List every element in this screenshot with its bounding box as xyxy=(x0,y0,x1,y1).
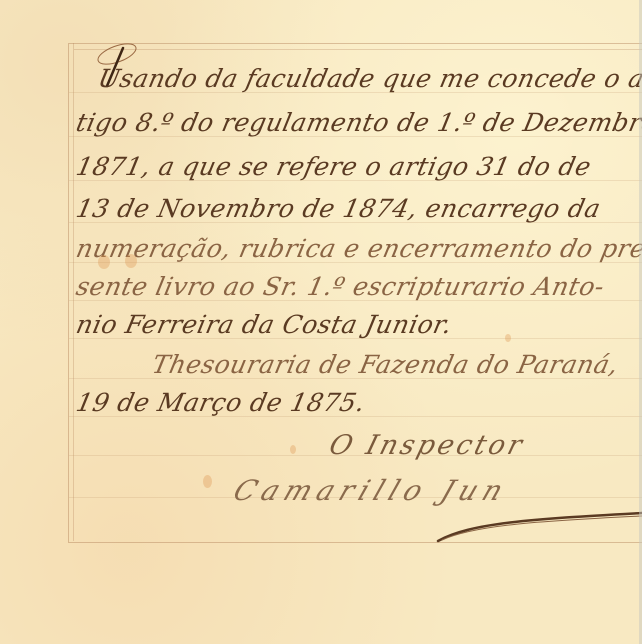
paper-stain xyxy=(98,255,110,269)
paper-stain xyxy=(505,334,511,342)
manuscript-line-5: numeração, rubrica e encerramento do pre… xyxy=(74,236,642,261)
manuscript-line-3: 1871, a que se refere o artigo 31 do de xyxy=(74,154,594,179)
manuscript-page: Usando da faculdade que me concede o ar-… xyxy=(0,0,642,644)
place-line: Thesouraria de Fazenda do Paraná, xyxy=(150,352,621,377)
manuscript-line-1: Usando da faculdade que me concede o ar- xyxy=(96,66,642,91)
signature-title: O Inspector xyxy=(326,430,528,461)
manuscript-line-6: sente livro ao Sr. 1.º escripturario Ant… xyxy=(74,274,607,299)
paper-stain xyxy=(125,254,137,268)
manuscript-line-7: nio Ferreira da Costa Junior. xyxy=(74,312,454,337)
paper-stain xyxy=(290,445,296,454)
signature-name: Camarillo Jun xyxy=(229,474,514,507)
date-line: 19 de Março de 1875. xyxy=(74,390,368,415)
signature-flourish-icon xyxy=(430,505,642,545)
paper-stain xyxy=(203,475,212,488)
manuscript-line-2: tigo 8.º do regulamento de 1.º de Dezemb… xyxy=(74,110,642,135)
top-double-rule xyxy=(74,49,642,50)
left-margin-rule xyxy=(73,43,74,541)
manuscript-line-4: 13 de Novembro de 1874, encarrego da xyxy=(74,196,603,221)
